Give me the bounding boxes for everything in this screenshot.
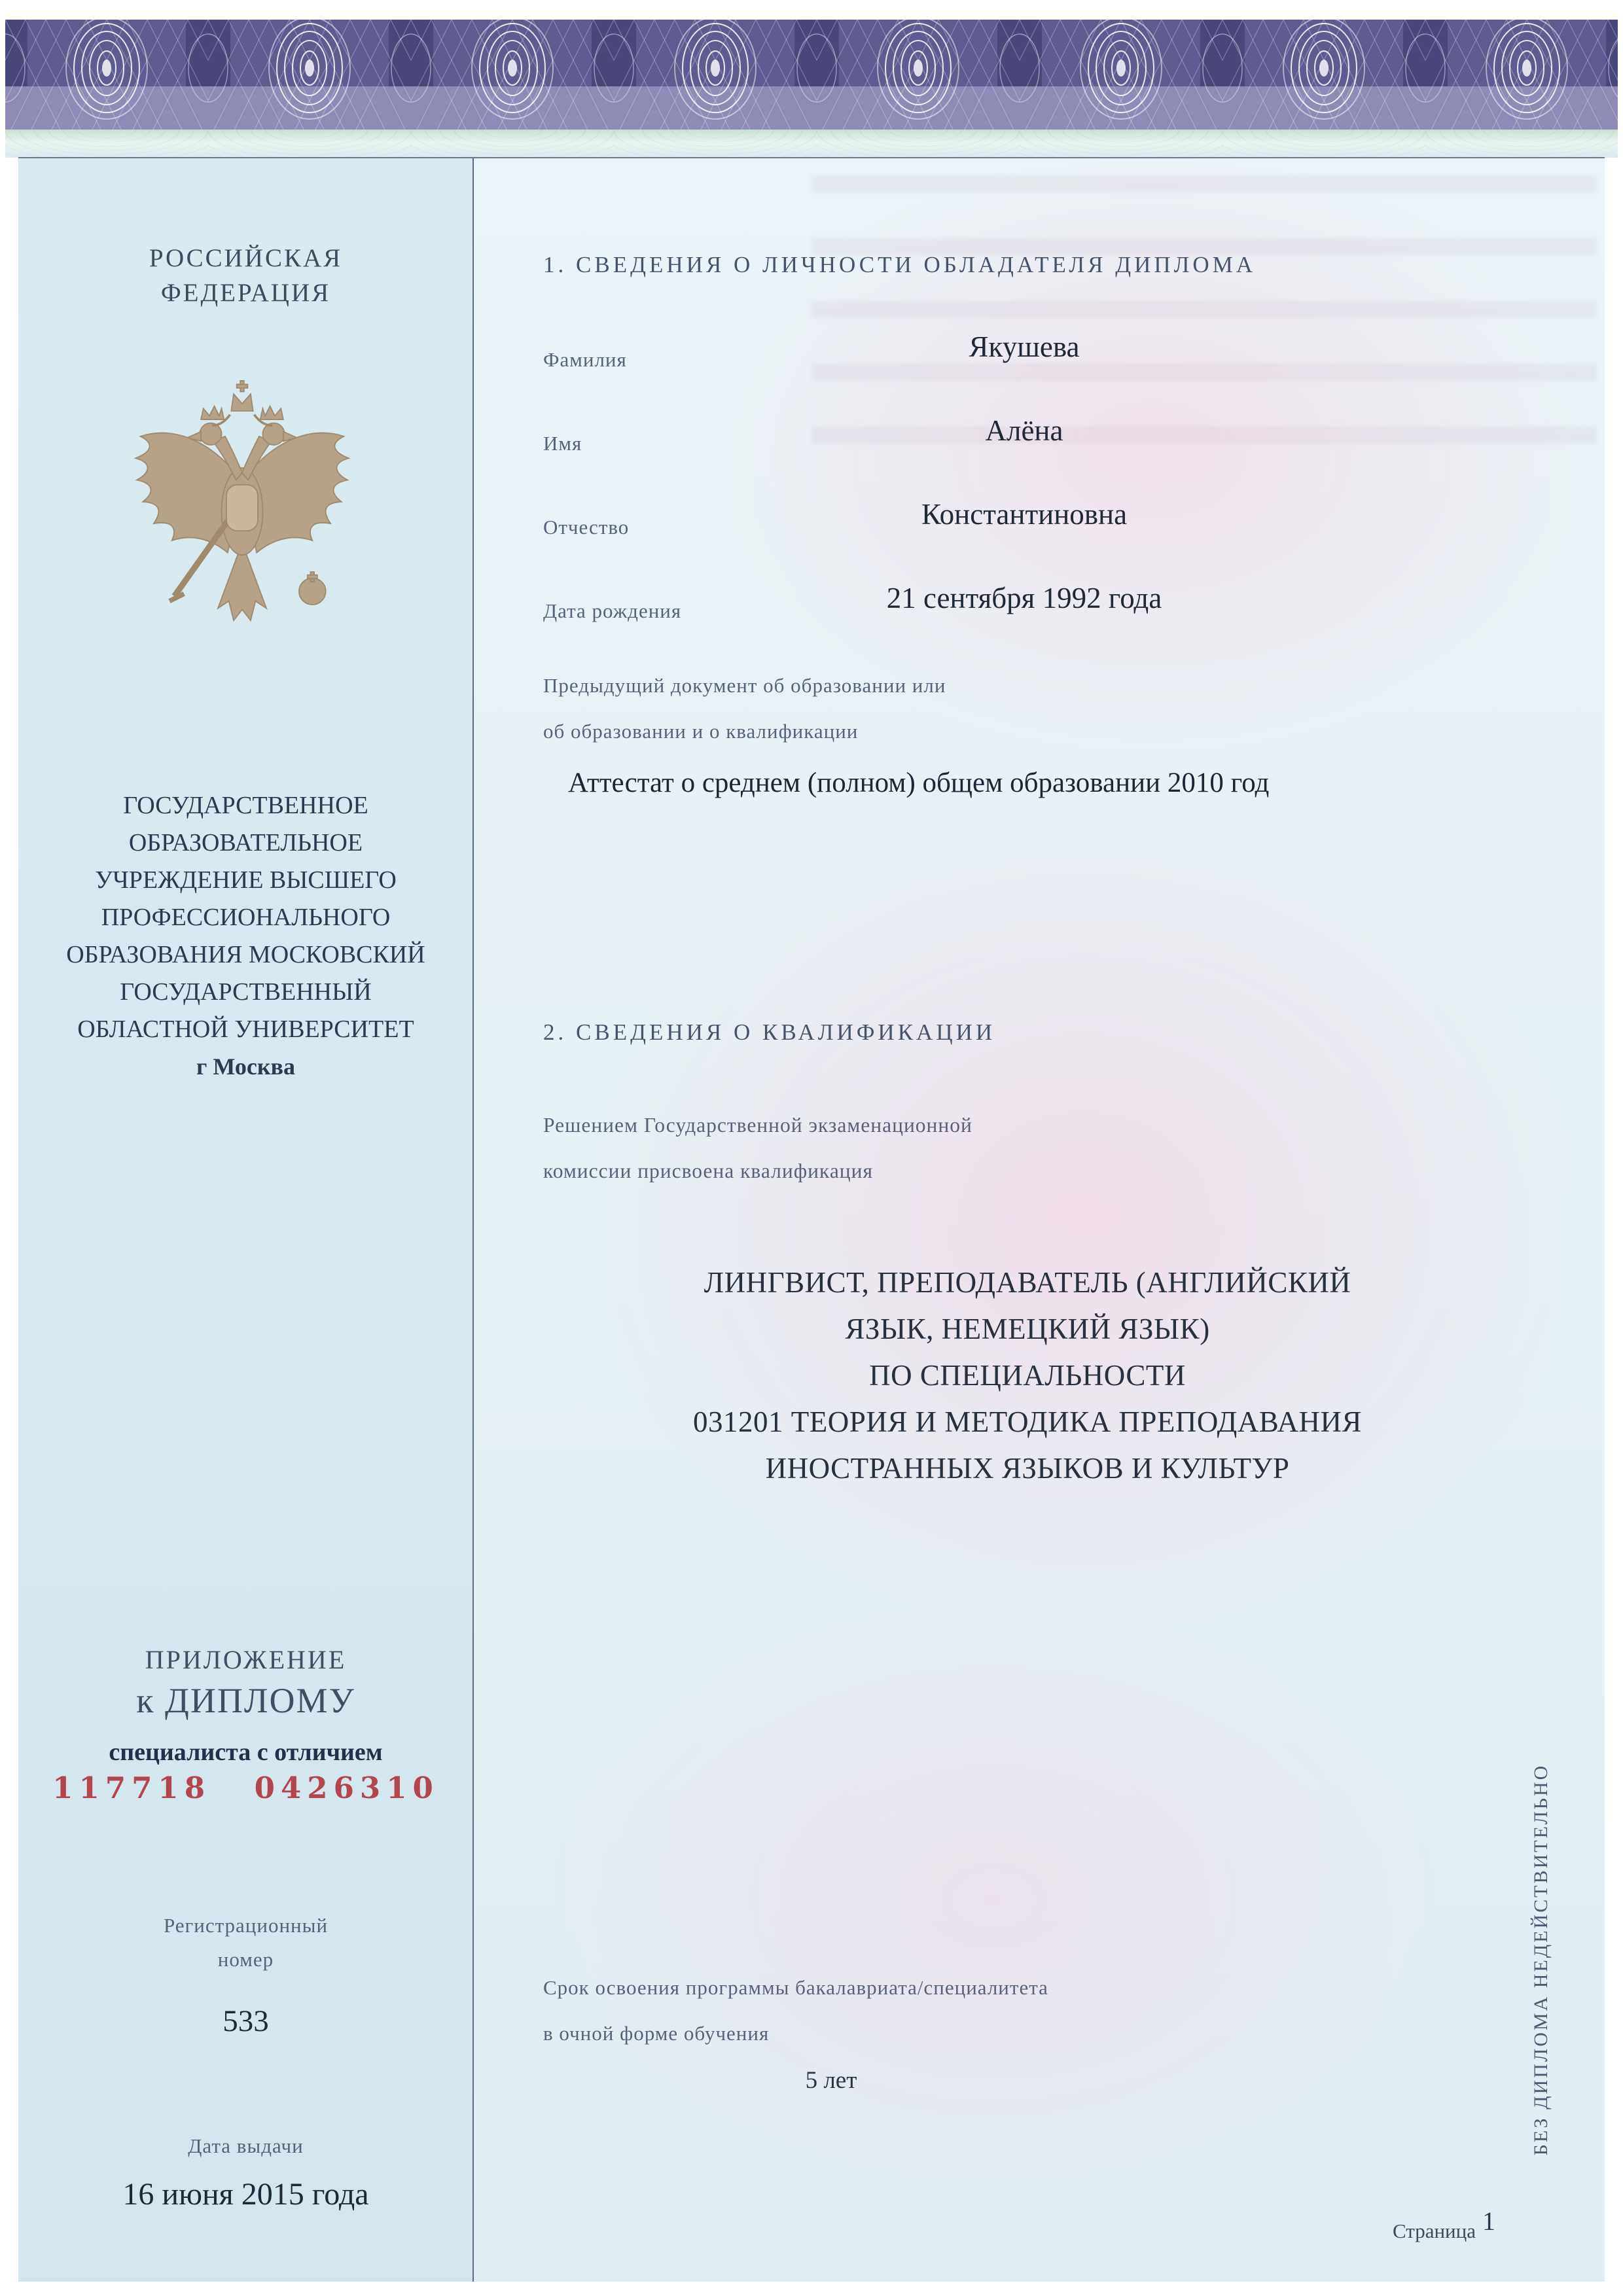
qualification-line: ПО СПЕЦИАЛЬНОСТИ [484,1352,1571,1399]
university-line: ОБРАЗОВАТЕЛЬНОЕ [18,824,473,862]
page-indicator: Страница1 [1393,2214,1602,2244]
field-value-patronymic: Константиновна [687,497,1361,531]
decision-line2: комиссии присвоена квалификация [543,1159,1394,1183]
right-column-background [473,158,1605,2282]
issue-date-label: Дата выдачи [18,2134,473,2158]
university-line: ОБРАЗОВАНИЯ МОСКОВСКИЙ [18,936,473,974]
serial-number: 117718 0426310 [18,1771,473,1805]
university-line: ГОСУДАРСТВЕННЫЙ [18,974,473,1011]
supplement-title-line2: к ДИПЛОМУ [18,1680,473,1721]
field-value-surname: Якушева [687,330,1361,364]
duration-value: 5 лет [543,2066,1119,2094]
previous-document-label-line2: об образовании и о квалификации [543,720,1394,743]
page-number: 1 [1482,2206,1495,2236]
supplement-subtitle: специалиста с отличием [18,1738,473,1767]
field-value-birthdate: 21 сентября 1992 года [687,581,1361,615]
qualification-line: ИНОСТРАННЫХ ЯЗЫКОВ И КУЛЬТУР [484,1445,1571,1492]
previous-document-value: Аттестат о среднем (полном) общем образо… [568,762,1556,805]
band-fade-strip [5,130,1618,158]
qualification-line: 031201 ТЕОРИЯ И МЕТОДИКА ПРЕПОДАВАНИЯ [484,1399,1571,1445]
university-line: УЧРЕЖДЕНИЕ ВЫСШЕГО [18,862,473,899]
qualification-block: ЛИНГВИСТ, ПРЕПОДАВАТЕЛЬ (АНГЛИЙСКИЙ ЯЗЫК… [484,1260,1571,1492]
qualification-line: ЯЗЫК, НЕМЕЦКИЙ ЯЗЫК) [484,1306,1571,1352]
registration-label-line2: номер [18,1948,473,1971]
registration-number: 533 [18,2004,473,2039]
previous-document-label-line1: Предыдущий документ об образовании или [543,674,1394,698]
university-line: ОБЛАСТНОЙ УНИВЕРСИТЕТ [18,1011,473,1048]
duration-label-line2: в очной форме обучения [543,2022,1394,2045]
university-line: ПРОФЕССИОНАЛЬНОГО [18,899,473,936]
supplement-title-line1: ПРИЛОЖЕНИЕ [18,1644,473,1675]
russia-coat-of-arms-icon [121,353,363,648]
university-name-block: ГОСУДАРСТВЕННОЕ ОБРАЗОВАТЕЛЬНОЕ УЧРЕЖДЕН… [18,787,473,1086]
duration-label-line1: Срок освоения программы бакалавриата/спе… [543,1976,1394,2000]
country-line: РОССИЙСКАЯ [18,241,473,275]
diploma-supplement-page: РОССИЙСКАЯ ФЕДЕРАЦИЯ [0,0,1623,2296]
section1-heading: 1. СВЕДЕНИЯ О ЛИЧНОСТИ ОБЛАДАТЕЛЯ ДИПЛОМ… [543,252,1564,278]
section2-heading: 2. СВЕДЕНИЯ О КВАЛИФИКАЦИИ [543,1019,1459,1046]
university-city: г Москва [18,1048,473,1086]
university-line: ГОСУДАРСТВЕННОЕ [18,787,473,824]
decision-line1: Решением Государственной экзаменационной [543,1114,1394,1137]
issue-date-value: 16 июня 2015 года [18,2176,473,2212]
country-line: ФЕДЕРАЦИЯ [18,275,473,310]
registration-label-line1: Регистрационный [18,1914,473,1937]
guilloche-border [5,20,1618,130]
vertical-validity-warning: БЕЗ ДИПЛОМА НЕДЕЙСТВИТЕЛЬНО [1530,1695,1552,2225]
qualification-line: ЛИНГВИСТ, ПРЕПОДАВАТЕЛЬ (АНГЛИЙСКИЙ [484,1260,1571,1306]
country-name: РОССИЙСКАЯ ФЕДЕРАЦИЯ [18,241,473,310]
page-label: Страница [1393,2219,1476,2242]
field-value-firstname: Алёна [687,414,1361,448]
